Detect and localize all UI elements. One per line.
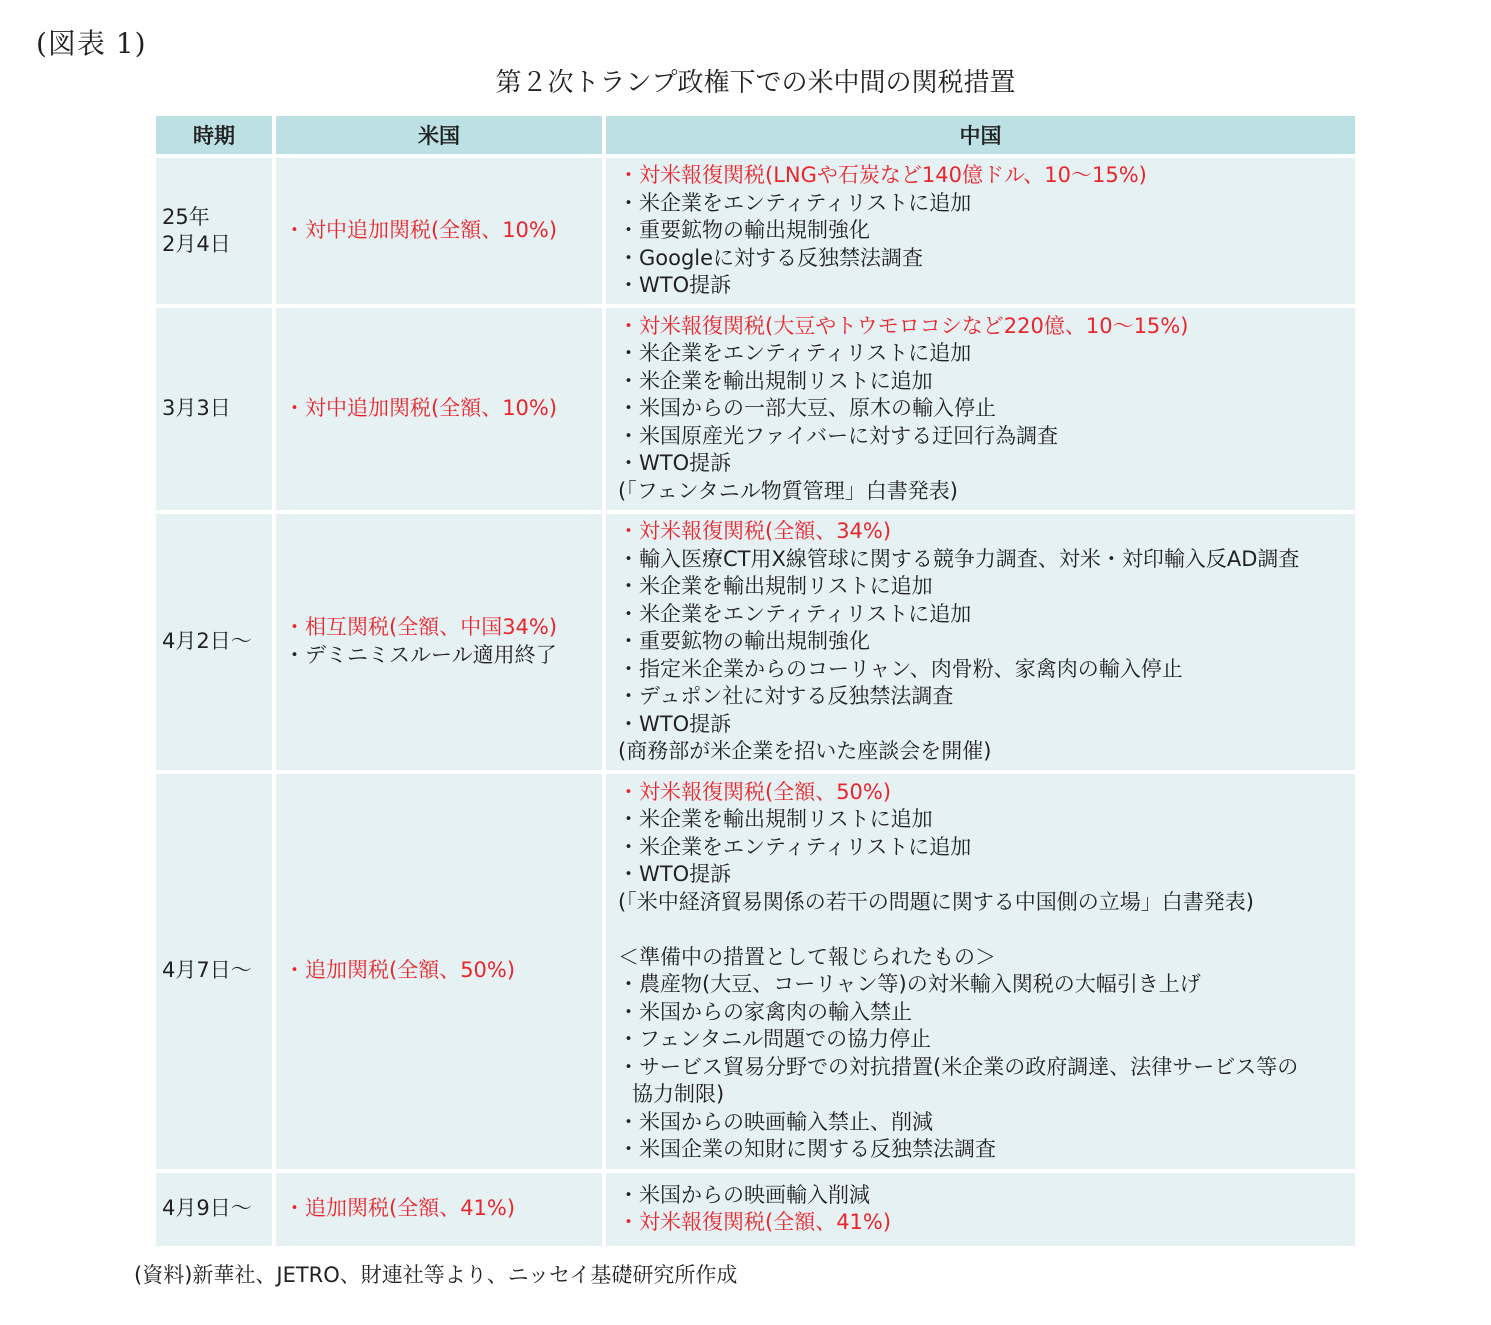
- china-measure: ・デュポン社に対する反独禁法調査: [618, 683, 1347, 711]
- china-measure: ・米企業を輸出規制リストに追加: [618, 368, 1347, 396]
- china-measure: ・米企業をエンティティリストに追加: [618, 601, 1347, 629]
- china-measure: ・米企業を輸出規制リストに追加: [618, 806, 1347, 834]
- china-measure: ・農産物(大豆、コーリャン等)の対米輸入関税の大幅引き上げ: [618, 971, 1347, 999]
- period-text: 4月2日～: [162, 628, 272, 656]
- china-measure: ・Googleに対する反独禁法調査: [618, 245, 1347, 273]
- table-row: 4月9日～・追加関税(全額、41%)・米国からの映画輸入削減・対米報復関税(全額…: [156, 1173, 1355, 1246]
- figure-title: 第２次トランプ政権下での米中間の関税措置: [0, 62, 1491, 99]
- header-us: 米国: [276, 116, 602, 154]
- period-text: 3月3日: [162, 395, 272, 423]
- china-measure: ・米企業を輸出規制リストに追加: [618, 573, 1347, 601]
- header-period: 時期: [156, 116, 272, 154]
- period-text: 4月7日～: [162, 957, 272, 985]
- china-measure: ・指定米企業からのコーリャン、肉骨粉、家禽肉の輸入停止: [618, 656, 1347, 684]
- us-measures-cell: ・追加関税(全額、50%): [276, 774, 602, 1169]
- china-measure: ・米国からの映画輸入削減: [618, 1182, 1347, 1210]
- china-measure: (商務部が米企業を招いた座談会を開催): [618, 738, 1347, 766]
- china-measures-cell: ・対米報復関税(LNGや石炭など140億ドル、10～15%)・米企業をエンティテ…: [606, 158, 1355, 304]
- period-cell: 3月3日: [156, 308, 272, 510]
- us-measures-cell: ・対中追加関税(全額、10%): [276, 308, 602, 510]
- china-measure: ・重要鉱物の輸出規制強化: [618, 217, 1347, 245]
- tariff-measures-table: 時期 米国 中国 25年2月4日・対中追加関税(全額、10%)・対米報復関税(L…: [152, 112, 1359, 1250]
- china-measure: ・米国からの家禽肉の輸入禁止: [618, 999, 1347, 1027]
- us-measure: ・対中追加関税(全額、10%): [284, 395, 602, 423]
- china-measure: ・重要鉱物の輸出規制強化: [618, 628, 1347, 656]
- china-measure: ・WTO提訴: [618, 450, 1347, 478]
- us-measure: ・対中追加関税(全額、10%): [284, 217, 602, 245]
- china-measure: ・米国からの映画輸入禁止、削減: [618, 1109, 1347, 1137]
- china-measure: ・米国企業の知財に関する反独禁法調査: [618, 1136, 1347, 1164]
- table-row: 25年2月4日・対中追加関税(全額、10%)・対米報復関税(LNGや石炭など14…: [156, 158, 1355, 304]
- us-measures-cell: ・相互関税(全額、中国34%)・デミニミスルール適用終了: [276, 514, 602, 770]
- china-measure: ・対米報復関税(全額、34%): [618, 518, 1347, 546]
- us-measure: ・追加関税(全額、41%): [284, 1195, 602, 1223]
- china-measure: 協力制限): [618, 1081, 1347, 1109]
- period-cell: 4月9日～: [156, 1173, 272, 1246]
- table-body: 25年2月4日・対中追加関税(全額、10%)・対米報復関税(LNGや石炭など14…: [156, 158, 1355, 1246]
- us-measures-cell: ・対中追加関税(全額、10%): [276, 158, 602, 304]
- source-note: (資料)新華社、JETRO、財連社等より、ニッセイ基礎研究所作成: [134, 1259, 737, 1289]
- china-measure: ・WTO提訴: [618, 711, 1347, 739]
- china-measure: ・WTO提訴: [618, 272, 1347, 300]
- china-measures-cell: ・対米報復関税(全額、50%)・米企業を輸出規制リストに追加・米企業をエンティテ…: [606, 774, 1355, 1169]
- us-measure: ・デミニミスルール適用終了: [284, 642, 602, 670]
- china-measures-cell: ・米国からの映画輸入削減・対米報復関税(全額、41%): [606, 1173, 1355, 1246]
- china-measure: ・米国原産光ファイバーに対する迂回行為調査: [618, 423, 1347, 451]
- china-measure: ・対米報復関税(全額、41%): [618, 1209, 1347, 1237]
- china-measure: ・米企業をエンティティリストに追加: [618, 190, 1347, 218]
- china-measure: (「米中経済貿易関係の若干の問題に関する中国側の立場」白書発表): [618, 889, 1347, 917]
- china-measures-cell: ・対米報復関税(大豆やトウモロコシなど220億、10～15%)・米企業をエンティ…: [606, 308, 1355, 510]
- us-measure: ・追加関税(全額、50%): [284, 957, 602, 985]
- china-measures-cell: ・対米報復関税(全額、34%)・輸入医療CT用X線管球に関する競争力調査、対米・…: [606, 514, 1355, 770]
- china-measure: ・輸入医療CT用X線管球に関する競争力調査、対米・対印輸入反AD調査: [618, 546, 1347, 574]
- period-text: 4月9日～: [162, 1195, 272, 1223]
- china-measure: ・米国からの一部大豆、原木の輸入停止: [618, 395, 1347, 423]
- period-cell: 4月7日～: [156, 774, 272, 1169]
- spacer: [618, 916, 1347, 944]
- period-cell: 4月2日～: [156, 514, 272, 770]
- china-measure: ・フェンタニル問題での協力停止: [618, 1026, 1347, 1054]
- table-header-row: 時期 米国 中国: [156, 116, 1355, 154]
- period-text: 2月4日: [162, 231, 272, 259]
- china-measure: ＜準備中の措置として報じられたもの＞: [618, 944, 1347, 972]
- table-row: 4月2日～・相互関税(全額、中国34%)・デミニミスルール適用終了・対米報復関税…: [156, 514, 1355, 770]
- china-measure: ・対米報復関税(LNGや石炭など140億ドル、10～15%): [618, 162, 1347, 190]
- china-measure: ・WTO提訴: [618, 861, 1347, 889]
- china-measure: ・米企業をエンティティリストに追加: [618, 834, 1347, 862]
- table-row: 3月3日・対中追加関税(全額、10%)・対米報復関税(大豆やトウモロコシなど22…: [156, 308, 1355, 510]
- table-row: 4月7日～・追加関税(全額、50%)・対米報復関税(全額、50%)・米企業を輸出…: [156, 774, 1355, 1169]
- period-text: 25年: [162, 204, 272, 232]
- figure-label: (図表 1): [36, 22, 147, 62]
- china-measure: (「フェンタニル物質管理」白書発表): [618, 478, 1347, 506]
- china-measure: ・対米報復関税(大豆やトウモロコシなど220億、10～15%): [618, 313, 1347, 341]
- china-measure: ・対米報復関税(全額、50%): [618, 779, 1347, 807]
- period-cell: 25年2月4日: [156, 158, 272, 304]
- us-measure: ・相互関税(全額、中国34%): [284, 614, 602, 642]
- us-measures-cell: ・追加関税(全額、41%): [276, 1173, 602, 1246]
- china-measure: ・米企業をエンティティリストに追加: [618, 340, 1347, 368]
- china-measure: ・サービス貿易分野での対抗措置(米企業の政府調達、法律サービス等の: [618, 1054, 1347, 1082]
- header-china: 中国: [606, 116, 1355, 154]
